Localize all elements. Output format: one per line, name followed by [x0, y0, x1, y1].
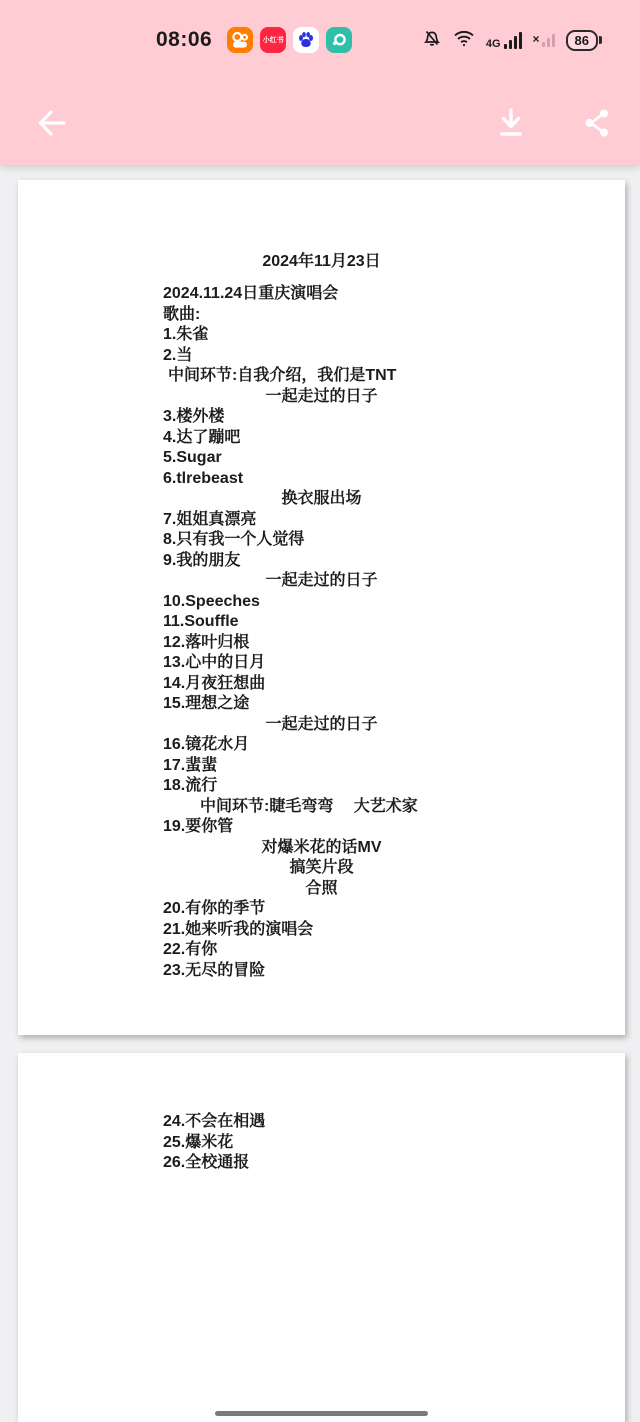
- signal-4g-icon: 4G: [486, 32, 522, 49]
- setlist-line: 10.Speeches: [163, 592, 480, 613]
- setlist-line: 搞笑片段: [163, 858, 480, 879]
- setlist-line: 26.全校通报: [163, 1153, 480, 1174]
- sim2-x-mark: ×: [533, 34, 540, 44]
- setlist-line: 16.镜花水月: [163, 735, 480, 756]
- document-title: 2024年11月23日: [163, 251, 480, 272]
- setlist-line: 一起走过的日子: [163, 387, 480, 408]
- battery-indicator: 86: [566, 30, 598, 51]
- setlist-line: 15.理想之途: [163, 694, 480, 715]
- setlist-line: 11.Souffle: [163, 612, 480, 633]
- wifi-icon: [453, 28, 475, 53]
- setlist-line: 21.她来听我的演唱会: [163, 920, 480, 941]
- setlist-line: 2.当: [163, 346, 480, 367]
- setlist-line: 20.有你的季节: [163, 899, 480, 920]
- setlist-line: 一起走过的日子: [163, 715, 480, 736]
- setlist-line: 对爆米花的话MV: [163, 838, 480, 859]
- setlist-line: 12.落叶归根: [163, 633, 480, 654]
- setlist-line: 18.流行: [163, 776, 480, 797]
- document-page-2: 24.不会在相遇25.爆米花26.全校通报: [18, 1053, 625, 1422]
- teal-app-icon: [326, 27, 352, 53]
- setlist-line: 25.爆米花: [163, 1133, 480, 1154]
- setlist-line: 3.楼外楼: [163, 407, 480, 428]
- setlist-line: 歌曲:: [163, 305, 480, 326]
- status-indicators: 4G × 86: [422, 28, 598, 53]
- setlist-line: 14.月夜狂想曲: [163, 674, 480, 695]
- notification-muted-icon: [422, 28, 442, 53]
- setlist-line: 19.要你管: [163, 817, 480, 838]
- setlist-line: 中间环节:睫毛弯弯 大艺术家: [163, 797, 480, 818]
- document-viewer[interactable]: 2024年11月23日2024.11.24日重庆演唱会歌曲:1.朱雀2.当中间环…: [0, 165, 640, 1422]
- setlist-line: 换衣服出场: [163, 489, 480, 510]
- setlist-line: 17.蜚蜚: [163, 756, 480, 777]
- setlist-line: 5.Sugar: [163, 448, 480, 469]
- status-bar: 08:06 小红书: [0, 0, 640, 80]
- setlist-line: 4.达了蹦吧: [163, 428, 480, 449]
- setlist-line: 9.我的朋友: [163, 551, 480, 572]
- setlist-line: 8.只有我一个人觉得: [163, 530, 480, 551]
- setlist-line: 7.姐姐真漂亮: [163, 510, 480, 531]
- setlist-line: 22.有你: [163, 940, 480, 961]
- sim2-disabled-icon: ×: [533, 34, 555, 47]
- clock: 08:06: [156, 28, 212, 52]
- network-type-label: 4G: [486, 39, 501, 49]
- setlist-line: 1.朱雀: [163, 325, 480, 346]
- setlist-line: 24.不会在相遇: [163, 1112, 480, 1133]
- setlist-line: 2024.11.24日重庆演唱会: [163, 284, 480, 305]
- kuaishou-icon: [227, 27, 253, 53]
- setlist-line: 中间环节:自我介绍，我们是TNT: [163, 366, 480, 387]
- baidu-icon: [293, 27, 319, 53]
- share-button[interactable]: [582, 107, 612, 139]
- download-button[interactable]: [496, 107, 526, 139]
- setlist-line: 13.心中的日月: [163, 653, 480, 674]
- app-header: 08:06 小红书: [0, 0, 640, 165]
- setlist-line: 一起走过的日子: [163, 571, 480, 592]
- setlist-line: 合照: [163, 879, 480, 900]
- battery-percent: 86: [575, 33, 589, 48]
- toolbar: [0, 80, 640, 165]
- document-page-1: 2024年11月23日2024.11.24日重庆演唱会歌曲:1.朱雀2.当中间环…: [18, 180, 625, 1035]
- xiaohongshu-label: 小红书: [263, 35, 284, 45]
- setlist-line: 23.无尽的冒险: [163, 961, 480, 982]
- home-gesture-bar[interactable]: [215, 1411, 428, 1416]
- setlist-line: 6.tlrebeast: [163, 469, 480, 490]
- back-button[interactable]: [32, 103, 72, 143]
- notification-icons: 小红书: [227, 27, 352, 53]
- xiaohongshu-icon: 小红书: [260, 27, 286, 53]
